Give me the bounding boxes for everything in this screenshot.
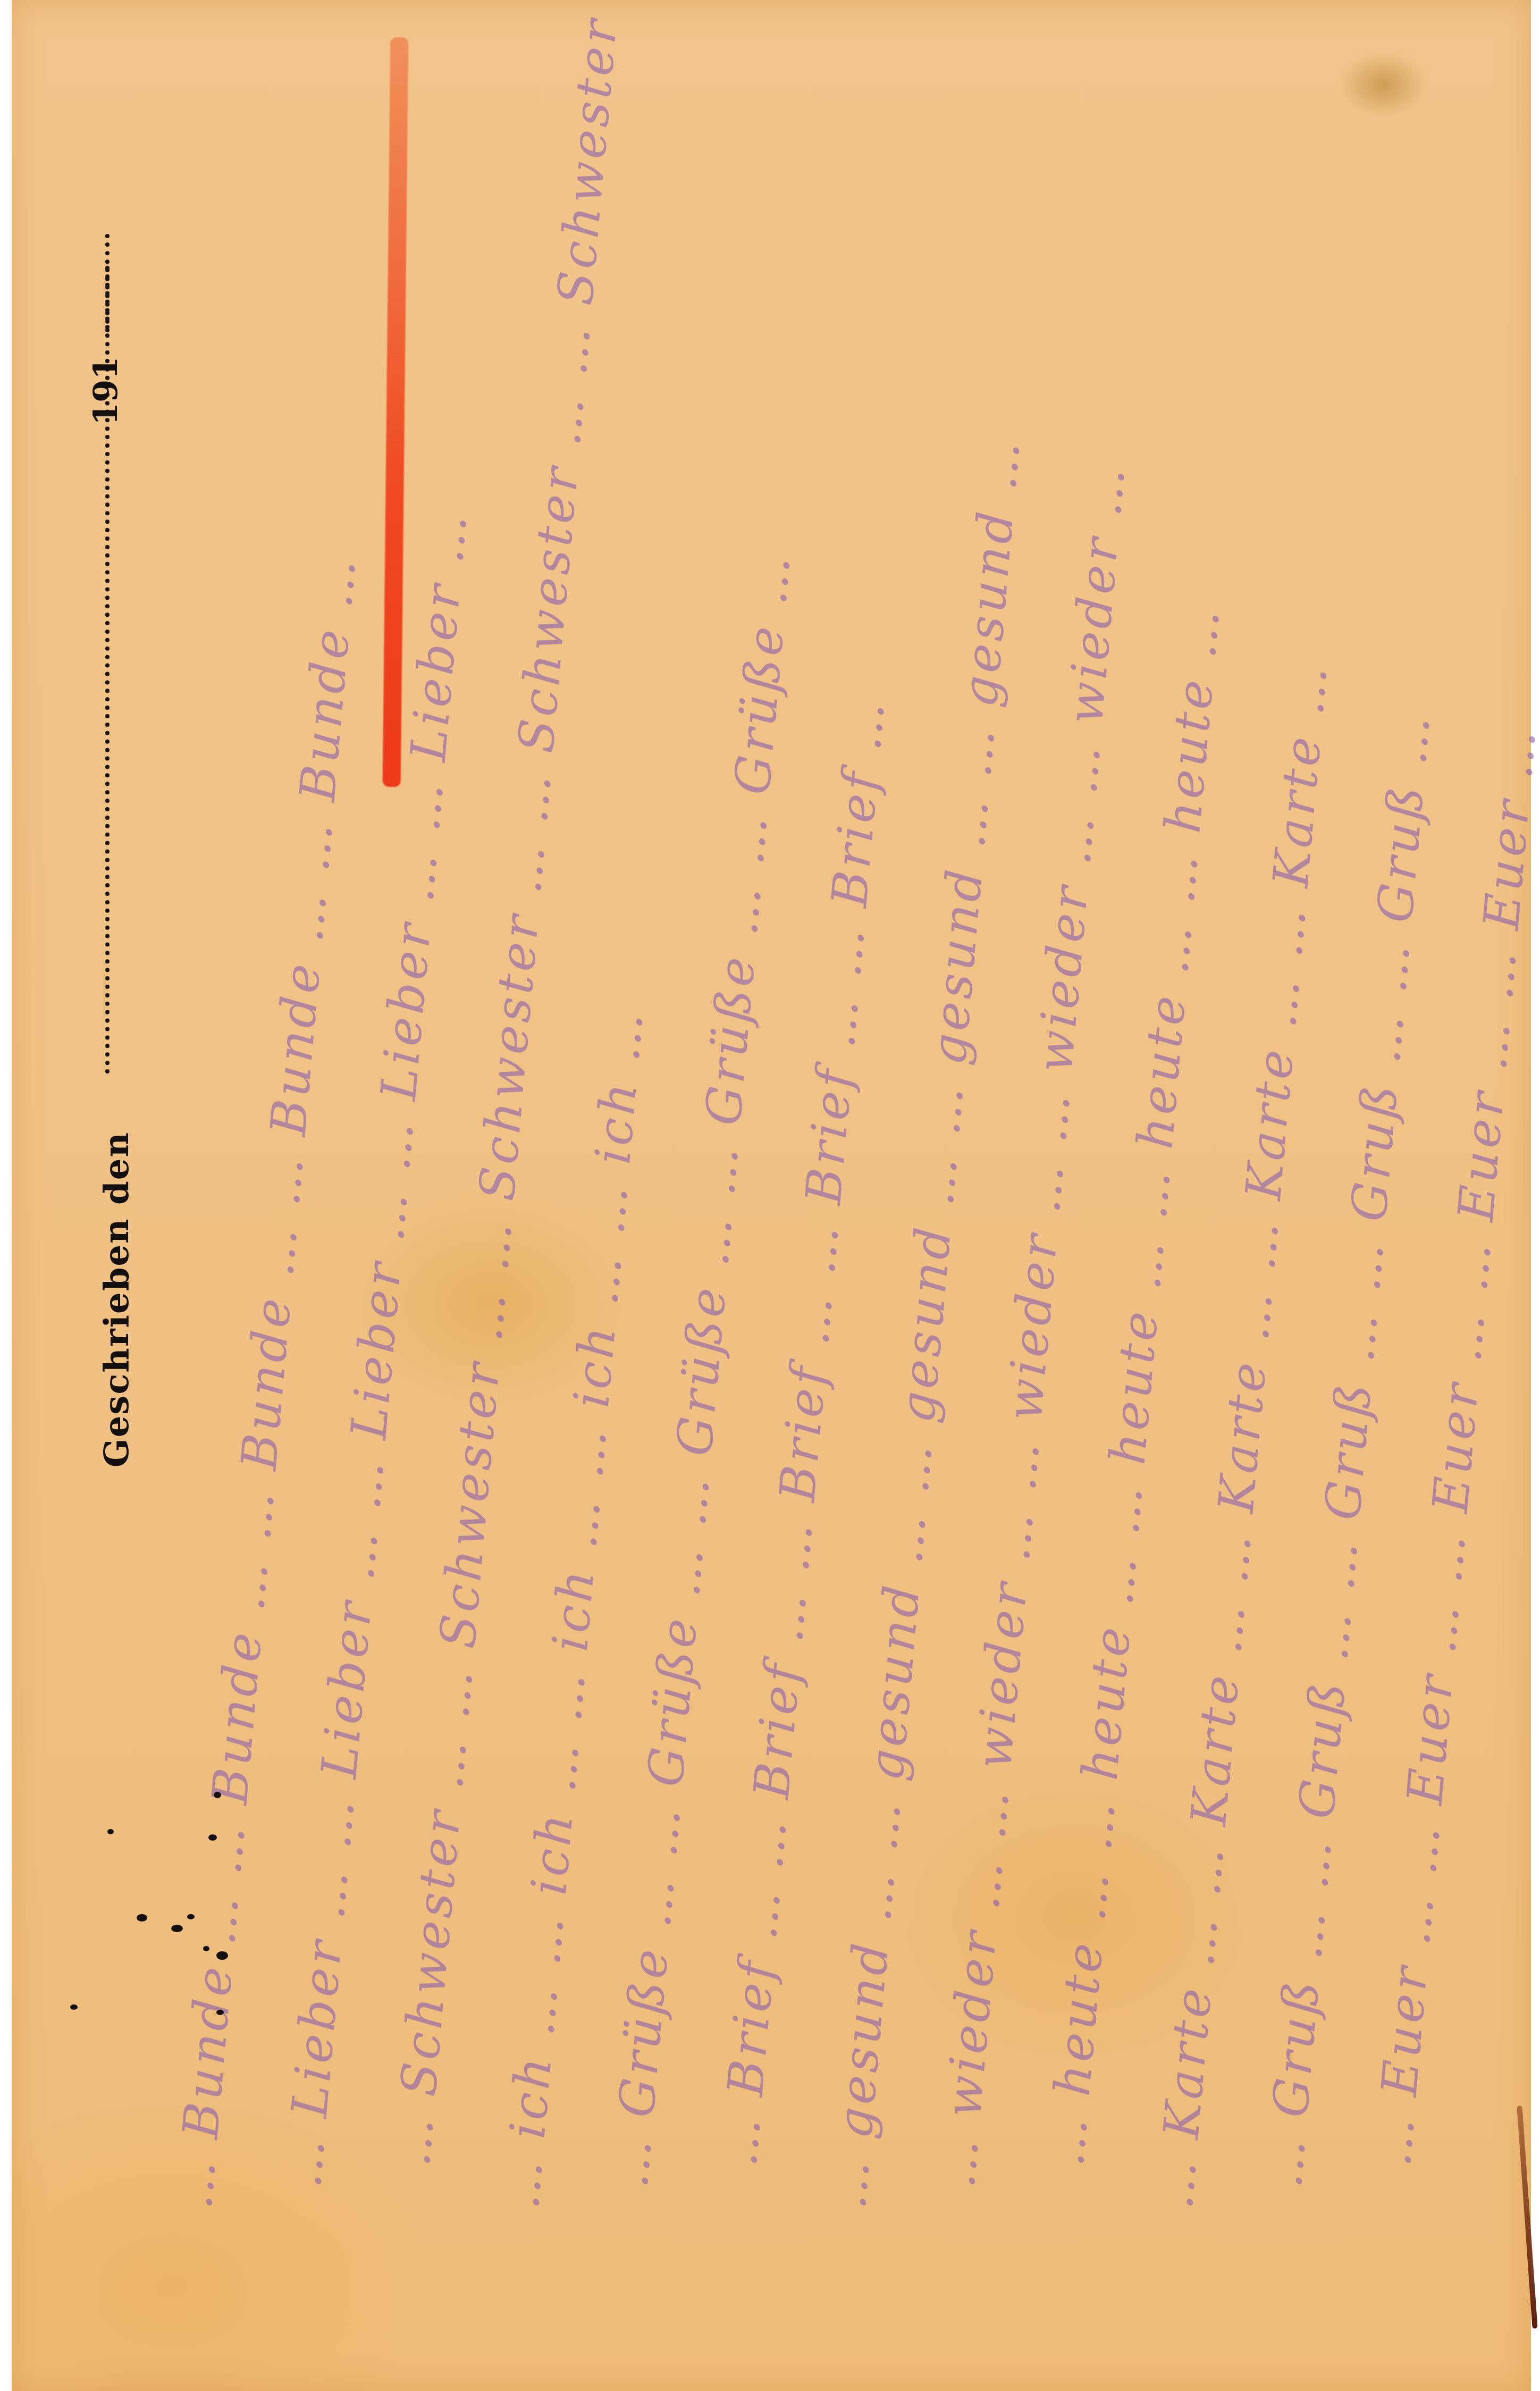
ink-speck bbox=[214, 1792, 221, 1798]
ink-speck bbox=[216, 1951, 228, 1960]
year-dotted-line bbox=[105, 234, 110, 332]
brown-ink-mark bbox=[1517, 2105, 1537, 2329]
red-pencil-line bbox=[383, 37, 409, 787]
ink-speck bbox=[216, 2010, 224, 2015]
ink-speck bbox=[187, 1914, 195, 1919]
ink-speck bbox=[171, 1925, 183, 1932]
ink-speck bbox=[208, 1834, 217, 1841]
year-prefix: 191 bbox=[86, 357, 125, 425]
ink-speck bbox=[70, 2004, 78, 2010]
written-on-label: Geschrieben den bbox=[97, 1131, 137, 1467]
ink-speck bbox=[137, 1914, 147, 1922]
ink-speck bbox=[107, 1829, 114, 1834]
ink-speck bbox=[203, 1946, 209, 1951]
postcard: Geschrieben den 191 … Bunde … … Bunde … … bbox=[12, 0, 1531, 2391]
